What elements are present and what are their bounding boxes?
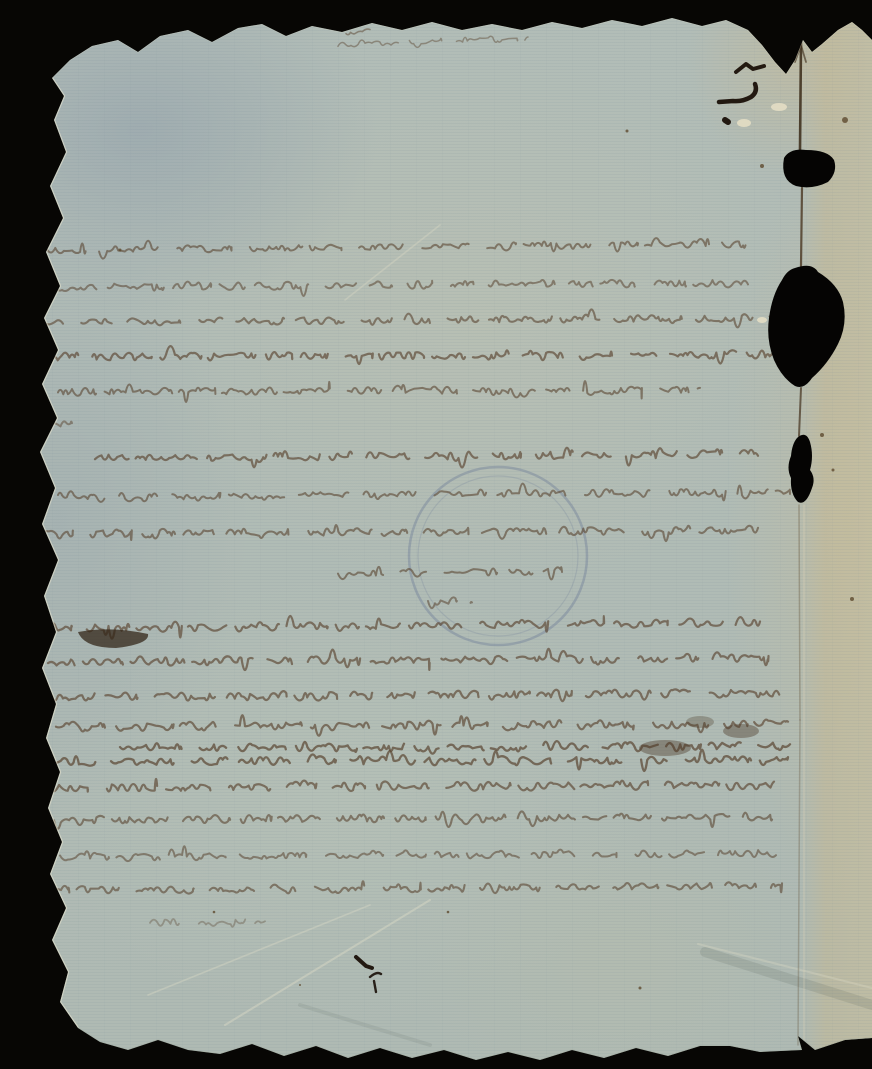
manuscript-artwork-layer — [0, 0, 872, 1069]
torn-edge-highlight — [40, 18, 872, 1060]
vertical-fold-crack — [795, 42, 806, 1045]
manuscript-page — [0, 0, 872, 1069]
scan-background — [0, 0, 872, 1069]
stain-specks — [119, 103, 855, 990]
handwritten-text-lines — [40, 29, 792, 927]
paper-holes — [768, 150, 844, 503]
